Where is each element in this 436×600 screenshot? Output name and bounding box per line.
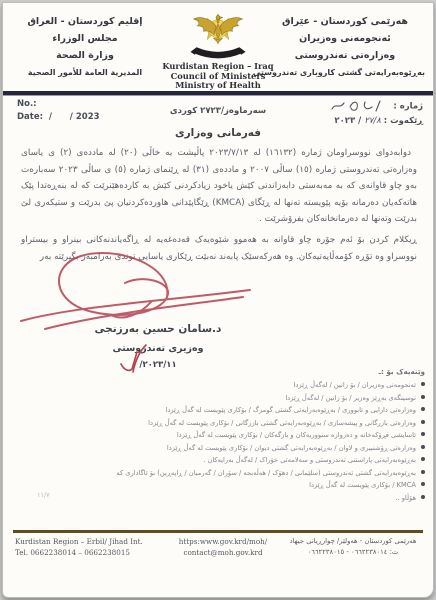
- bullet-icon: [421, 457, 425, 461]
- body-paragraph-2: ڕیکلام کردن بۆ ئەم جۆرە چاو قاوانە بە هە…: [21, 232, 417, 265]
- document-page: هەرێمی کوردستان - عێراق ئەنجومەنی وەزیرا…: [2, 2, 434, 598]
- footer-address-ku: هەرێمی کوردستان - هەولێر/ چوارڕیانی جیها…: [283, 536, 423, 547]
- number-label: ژمارە :: [393, 102, 423, 112]
- bullet-icon: [421, 482, 425, 486]
- copy-item: وەزارەتی دارایی و ئابووری / بەڕێوەبەرایە…: [145, 404, 425, 417]
- footer-website: https:www.gov.krd/moh/: [153, 536, 293, 547]
- copies-heading: وێنەیەک بۆ :ـ: [145, 367, 425, 376]
- copy-item: نوسینگەی بەڕێز وەزیر / بۆ زانین / لەگەڵ …: [145, 392, 425, 405]
- copies-list: ئەنجومەنی وەزیران / بۆ زانین / لەگەڵ ڕێز…: [145, 379, 425, 504]
- handwritten-number-scribble: [326, 98, 390, 114]
- body-paragraph-1: دوابەدوای نووسراومان ژمارە (١٦١٣٢) لە ٢٠…: [21, 145, 417, 228]
- letterhead-kurdish-line: ئەنجومەنی وەزیران: [265, 30, 425, 47]
- date-year: / ٢٠٢٣: [334, 116, 361, 126]
- copy-item: وەزارەتی ڕۆشنبیری و لاوان / بەڕێوەبەرایە…: [145, 442, 425, 455]
- reference-row: No.:Date: / / 2023 سەرماوەز/٢٧٢٣ کوردی ژ…: [3, 98, 433, 126]
- bullet-icon: [421, 470, 425, 474]
- signature-block: د.سامان حسین بەرزنجی وەزیری تەندروستی ٢٠…: [58, 323, 258, 370]
- date-label: Date: / / 2023: [17, 112, 100, 122]
- letterhead-english-line: Ministry of Health: [155, 81, 281, 91]
- letterhead-arabic: إقليم كوردستان - العراق مجلس الوزراء وزا…: [9, 13, 161, 81]
- header-divider: [3, 91, 433, 96]
- rikawt-label: ڕێکەوت :: [384, 116, 423, 126]
- footer-email: contact@moh.gov.krd: [153, 547, 293, 558]
- footer-phone-ku: ت: ٠٦٦٢٢٣٨٠١٤ - ٠٦٦٢٢٣٨٠١٥: [283, 547, 423, 558]
- bullet-icon: [421, 420, 425, 424]
- footer-web: https:www.gov.krd/moh/ contact@moh.gov.k…: [153, 536, 293, 558]
- krg-eagle-emblem: [187, 9, 249, 61]
- letterhead-kurdish-line: بەڕێوەبەرایەتی گشتی کاروباری تەندروستی: [265, 64, 425, 81]
- bullet-icon: [421, 495, 425, 499]
- letterhead: هەرێمی کوردستان - عێراق ئەنجومەنی وەزیرا…: [3, 9, 433, 91]
- no-label: No.:: [17, 99, 37, 109]
- page-note: ١١/٧: [37, 491, 50, 499]
- footer-english: Kurdistan Region – Erbil/ Jihad Int. Tel…: [15, 536, 143, 558]
- copy-item: وەزارەتی بازرگانی و پیشەسازی / بەڕێوەبەر…: [145, 417, 425, 430]
- footer-address-en: Kurdistan Region – Erbil/ Jihad Int.: [15, 536, 143, 547]
- reference-english: No.:Date: / / 2023: [17, 98, 100, 124]
- bullet-icon: [421, 407, 425, 411]
- letterhead-kurdish-line: هەرێمی کوردستان - عێراق: [265, 13, 425, 30]
- copy-item: ئەنجومەنی وەزیران / بۆ زانین / لەگەڵ ڕێز…: [145, 379, 425, 392]
- bullet-icon: [421, 382, 425, 386]
- letterhead-english: Kurdistan Region – Iraq Council of Minis…: [155, 62, 281, 91]
- handwritten-date: ٢٧/٨: [364, 116, 381, 126]
- letterhead-kurdish: هەرێمی کوردستان - عێراق ئەنجومەنی وەزیرا…: [265, 13, 425, 81]
- bullet-icon: [421, 445, 425, 449]
- bullet-icon: [421, 395, 425, 399]
- letterhead-kurdish-line: وەزارەتی تەندروستی: [265, 47, 425, 64]
- copy-item: بەڕێوەبەرایەتی پاراستنی تەندروستی و سەلا…: [145, 454, 425, 467]
- letterhead-center: Kurdistan Region – Iraq Council of Minis…: [155, 9, 281, 91]
- letterhead-arabic-line: إقليم كوردستان - العراق: [9, 13, 161, 30]
- copy-item: هۆڵاو ..: [145, 492, 425, 505]
- copy-item: ئاسایشی فڕۆکەخانە و دەروازە سنووریەکان و…: [145, 429, 425, 442]
- footer-divider: [13, 530, 423, 533]
- copies-section: وێنەیەک بۆ :ـ ئەنجومەنی وەزیران / بۆ زان…: [145, 367, 425, 504]
- minister-title: وەزیری تەندروستی: [58, 343, 258, 354]
- kurdish-calendar-date: سەرماوەز/٢٧٢٣ کوردی: [123, 106, 313, 116]
- letterhead-arabic-line: مجلس الوزراء: [9, 30, 161, 47]
- letterhead-arabic-line: وزارة الصحة: [9, 47, 161, 64]
- bullet-icon: [421, 432, 425, 436]
- minister-name: د.سامان حسین بەرزنجی: [58, 323, 258, 335]
- footer-kurdish: هەرێمی کوردستان - هەولێر/ چوارڕیانی جیها…: [283, 536, 423, 558]
- footer-phone-en: Tel. 0662238014 – 0662238015: [15, 547, 143, 558]
- copy-item: بەڕێوەبەرایەتی گشتی تەندروستی (سلێمانی /…: [145, 467, 425, 480]
- document-title: فەرمانی وەزاری: [3, 127, 433, 139]
- reference-kurdish: ژمارە : ڕێکەوت : ٢٧/٨ / ٢٠٢٣: [293, 98, 423, 128]
- letterhead-arabic-line: المديرية العامة للأمور الصحية: [9, 64, 161, 81]
- copy-item: KMCA / بۆکاری پێویست لە گەڵ ڕێزدا: [145, 479, 425, 492]
